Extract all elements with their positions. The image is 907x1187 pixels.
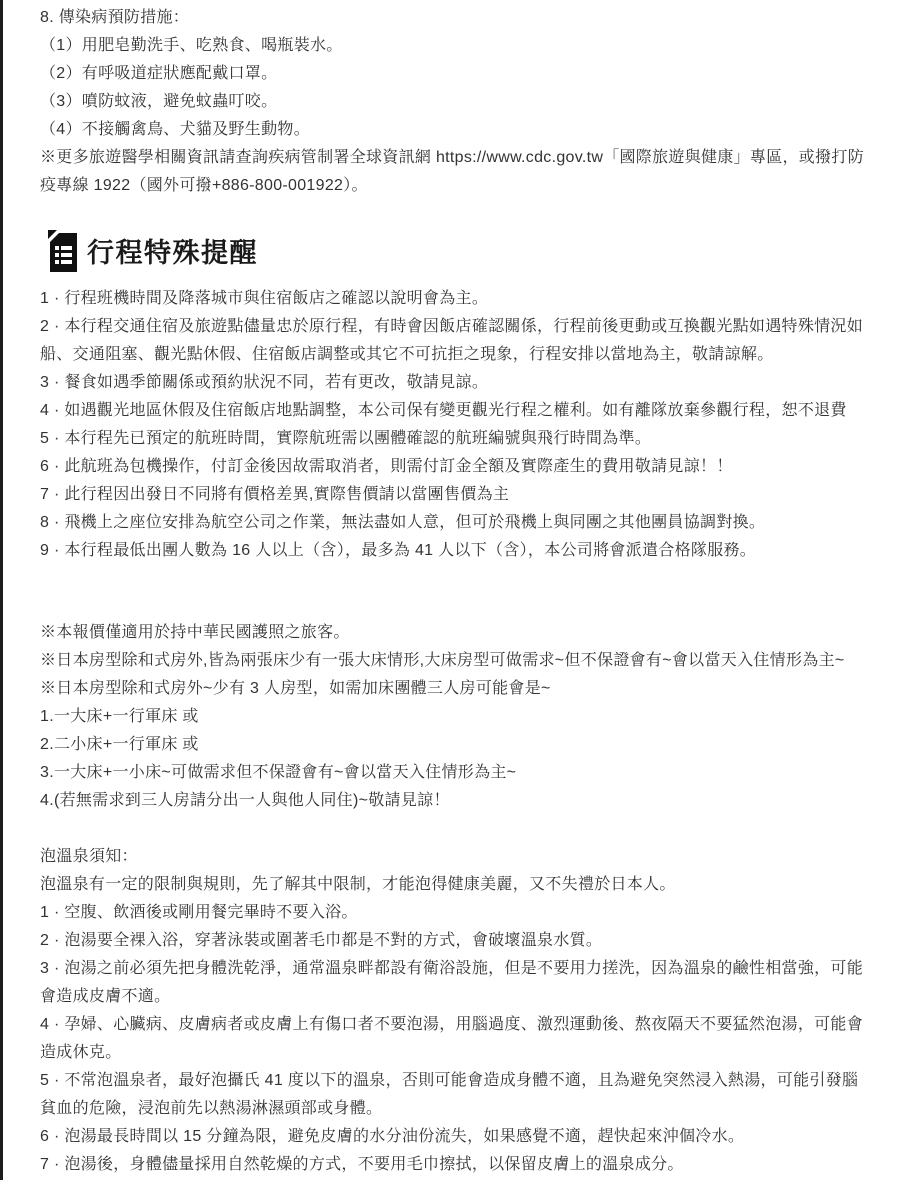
disease-prevention-section: 8. 傳染病預防措施： （1）用肥皂勤洗手、吃熟食、喝瓶裝水。 （2）有呼吸道症… (40, 4, 865, 200)
list-item: 6 · 此航班為包機操作，付訂金後因故需取消者，則需付訂金全額及實際產生的費用敬… (40, 453, 865, 481)
document-left-border (0, 0, 3, 1180)
list-item: （2）有呼吸道症狀應配戴口罩。 (40, 60, 865, 88)
list-item: 5 · 本行程先已預定的航班時間，實際航班需以團體確認的航班編號與飛行時間為準。 (40, 425, 865, 453)
room-option: 2.二小床+一行軍床 或 (40, 731, 865, 759)
hot-spring-title: 泡溫泉須知： (40, 843, 865, 871)
special-reminders-section: 1 · 行程班機時間及降落城市與住宿飯店之確認以說明會為主。 2 · 本行程交通… (40, 285, 865, 565)
hot-spring-notice-section: 泡溫泉須知： 泡溫泉有一定的限制與規則，先了解其中限制，才能泡得健康美麗，又不失… (40, 843, 865, 1179)
list-item: 5 · 不常泡溫泉者，最好泡攝氏 41 度以下的溫泉，否則可能會造成身體不適，且… (40, 1067, 865, 1123)
room-type-notes-section: ※本報價僅適用於持中華民國護照之旅客。 ※日本房型除和式房外,皆為兩張床少有一張… (40, 619, 865, 815)
note-line: ※日本房型除和式房外~少有 3 人房型，如需加床團體三人房可能會是~ (40, 675, 865, 703)
hot-spring-intro: 泡溫泉有一定的限制與規則，先了解其中限制，才能泡得健康美麗，又不失禮於日本人。 (40, 871, 865, 899)
room-option: 1.一大床+一行軍床 或 (40, 703, 865, 731)
list-item: （4）不接觸禽鳥、犬貓及野生動物。 (40, 116, 865, 144)
list-item: 4 · 孕婦、心臟病、皮膚病者或皮膚上有傷口者不要泡湯，用腦過度、激烈運動後、熬… (40, 1011, 865, 1067)
list-item: 7 · 此行程因出發日不同將有價格差異,實際售價請以當團售價為主 (40, 481, 865, 509)
note-line: ※日本房型除和式房外,皆為兩張床少有一張大床情形,大床房型可做需求~但不保證會有… (40, 647, 865, 675)
list-item: 6 · 泡湯最長時間以 15 分鐘為限，避免皮膚的水分油份流失，如果感覺不適，趕… (40, 1123, 865, 1151)
room-option: 3.一大床+一小床~可做需求但不保證會有~會以當天入住情形為主~ (40, 759, 865, 787)
room-option: 4.(若無需求到三人房請分出一人與他人同住)~敬請見諒！ (40, 787, 865, 815)
list-item: 7 · 泡湯後，身體儘量採用自然乾燥的方式，不要用毛巾擦拭，以保留皮膚上的溫泉成… (40, 1151, 865, 1179)
list-item: 4 · 如遇觀光地區休假及住宿飯店地點調整，本公司保有變更觀光行程之權利。如有離… (40, 397, 865, 425)
list-item: 1 · 行程班機時間及降落城市與住宿飯店之確認以說明會為主。 (40, 285, 865, 313)
note-line: ※本報價僅適用於持中華民國護照之旅客。 (40, 619, 865, 647)
itinerary-notes-page: 8. 傳染病預防措施： （1）用肥皂勤洗手、吃熟食、喝瓶裝水。 （2）有呼吸道症… (0, 0, 907, 1179)
cdc-info-note: ※更多旅遊醫學相關資訊請查詢疾病管制署全球資訊網 https://www.cdc… (40, 144, 865, 200)
disease-prevention-title: 8. 傳染病預防措施： (40, 4, 865, 32)
list-item: 2 · 本行程交通住宿及旅遊點儘量忠於原行程，有時會因飯店確認關係，行程前後更動… (40, 313, 865, 369)
list-item: （1）用肥皂勤洗手、吃熟食、喝瓶裝水。 (40, 32, 865, 60)
special-reminders-heading: 行程特殊提醒 (46, 228, 865, 272)
list-item: 8 · 飛機上之座位安排為航空公司之作業，無法盡如人意，但可於飛機上與同團之其他… (40, 509, 865, 537)
document-list-icon (46, 228, 77, 272)
list-item: 1 · 空腹、飲酒後或剛用餐完畢時不要入浴。 (40, 899, 865, 927)
list-item: 9 · 本行程最低出團人數為 16 人以上（含），最多為 41 人以下（含），本… (40, 537, 865, 565)
list-item: 2 · 泡湯要全裸入浴，穿著泳裝或圍著毛巾都是不對的方式，會破壞溫泉水質。 (40, 927, 865, 955)
list-item: （3）噴防蚊液，避免蚊蟲叮咬。 (40, 88, 865, 116)
list-item: 3 · 泡湯之前必須先把身體洗乾淨，通常溫泉畔都設有衛浴設施，但是不要用力搓洗，… (40, 955, 865, 1011)
section-heading: 行程特殊提醒 (87, 231, 258, 270)
list-item: 3 · 餐食如遇季節關係或預約狀況不同，若有更改，敬請見諒。 (40, 369, 865, 397)
